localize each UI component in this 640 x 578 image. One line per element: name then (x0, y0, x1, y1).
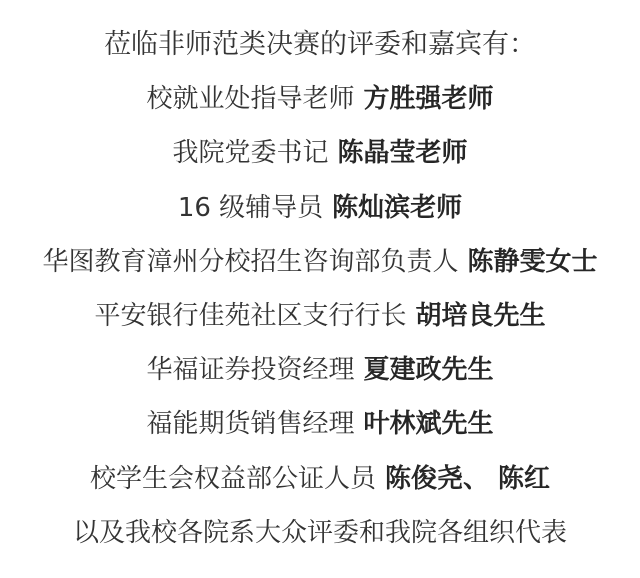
list-item: 校就业处指导老师方胜强老师 (0, 78, 640, 132)
judges-guests-list: 莅临非师范类决赛的评委和嘉宾有： 校就业处指导老师方胜强老师 我院党委书记陈晶莹… (0, 24, 640, 566)
guest-role: 福能期货销售经理 (146, 409, 354, 439)
list-item: 我院党委书记陈晶莹老师 (0, 132, 640, 186)
guest-name: 陈晶莹老师 (338, 138, 468, 168)
list-item: 华图教育漳州分校招生咨询部负责人陈静雯女士 (0, 241, 640, 295)
list-item: 华福证券投资经理夏建政先生 (0, 349, 640, 403)
list-closing: 以及我校各院系大众评委和我院各组织代表 (0, 512, 640, 566)
guest-role: 16 级辅导员 (178, 193, 323, 223)
guest-name: 叶林斌先生 (364, 409, 494, 439)
guest-name: 夏建政先生 (364, 355, 494, 385)
list-item: 福能期货销售经理叶林斌先生 (0, 403, 640, 457)
guest-role: 平安银行佳苑社区支行行长 (94, 301, 406, 331)
guest-role: 华福证券投资经理 (146, 355, 354, 385)
list-heading: 莅临非师范类决赛的评委和嘉宾有： (0, 24, 640, 78)
list-item: 平安银行佳苑社区支行行长胡培良先生 (0, 295, 640, 349)
guest-role: 我院党委书记 (172, 138, 328, 168)
list-item: 校学生会权益部公证人员陈俊尧、 陈红 (0, 458, 640, 512)
guest-name: 陈灿滨老师 (332, 193, 462, 223)
guest-name: 陈俊尧、 陈红 (385, 464, 550, 494)
list-item: 16 级辅导员陈灿滨老师 (0, 187, 640, 241)
guest-name: 陈静雯女士 (468, 247, 598, 277)
guest-role: 校就业处指导老师 (146, 84, 354, 114)
guest-role: 华图教育漳州分校招生咨询部负责人 (42, 247, 458, 277)
guest-name: 胡培良先生 (416, 301, 546, 331)
guest-name: 方胜强老师 (364, 84, 494, 114)
guest-role: 校学生会权益部公证人员 (90, 464, 376, 494)
